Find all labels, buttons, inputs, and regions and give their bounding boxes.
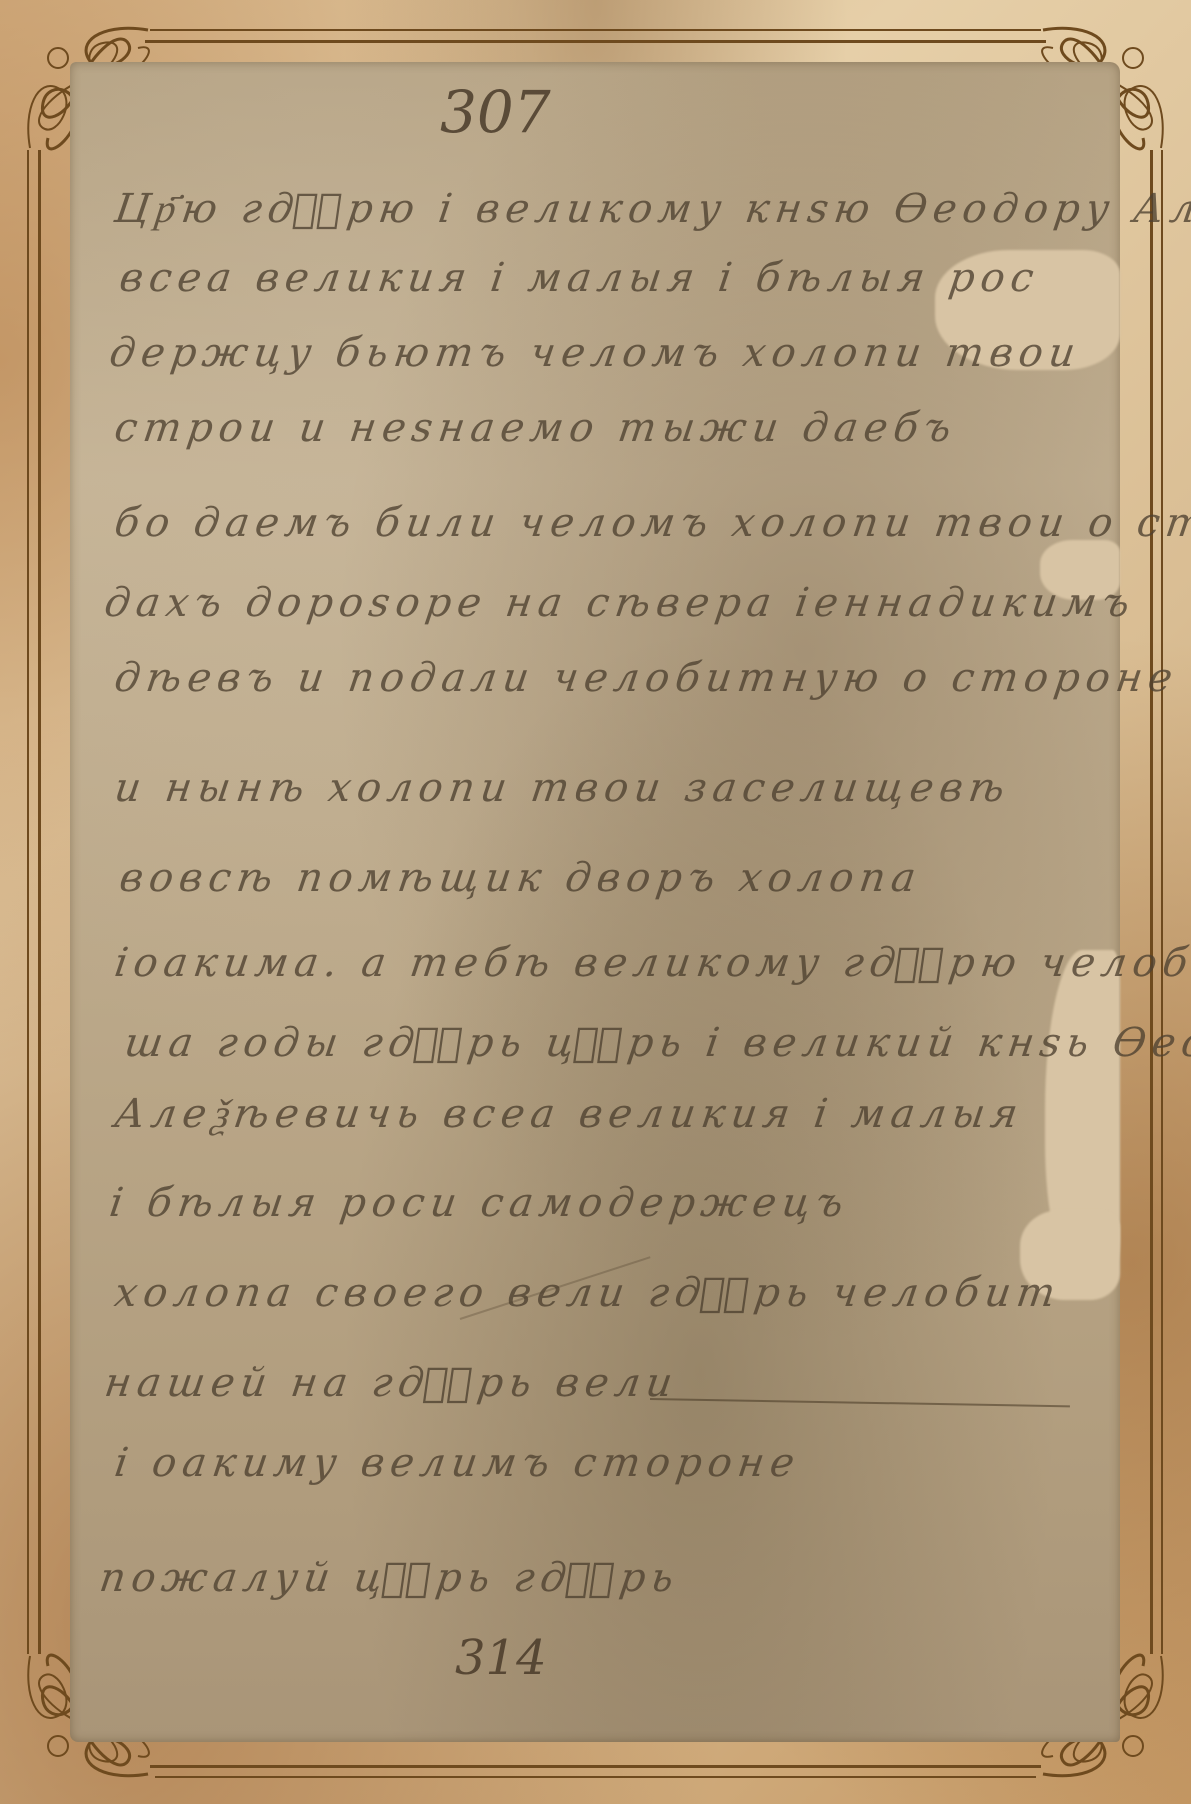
manuscript-line: и нынѣ холопи твои заселищевѣ — [112, 765, 1014, 811]
manuscript-line: всеа великия і малыя і бѣлыя рос — [117, 255, 1043, 301]
border-rule-bottom-inner — [155, 1776, 1036, 1778]
manuscript-line: нашей на гдⷭ҇рь вели — [102, 1360, 681, 1406]
border-rule-right-inner — [1150, 150, 1153, 1654]
border-rule-left-outer — [27, 150, 29, 1654]
manuscript-line: і оакиму велимъ стороне — [112, 1440, 803, 1486]
manuscript-line: холопа своего вели гдⷭ҇рь челобит — [112, 1270, 1064, 1316]
border-rule-top-outer — [150, 29, 1041, 31]
manuscript-line: іоакима. а тебѣ великому гдⷭ҇рю челобить… — [112, 940, 1191, 986]
manuscript-line: вовсѣ помѣщик дворъ холопа — [117, 855, 925, 901]
border-rule-bottom-outer — [150, 1765, 1041, 1768]
manuscript-line: пожалуй цⷭ҇рь гдⷭ҇рь — [97, 1555, 683, 1601]
manuscript-line: дахъ дороѕоре на сѣвера іеннадикимъ — [102, 580, 1139, 626]
border-rule-top-inner — [145, 40, 1046, 43]
manuscript-line: строи и неѕнаемо тыжи даебъ — [112, 405, 960, 451]
manuscript-line: і бѣлыя роси самодержецъ — [107, 1180, 852, 1226]
border-rule-right-outer — [1161, 150, 1163, 1654]
manuscript-line: ша годы гдⷭ҇рь цⷭ҇рь і великий кнѕь Ѳеод — [122, 1020, 1191, 1066]
bottom-number: 314 — [455, 1630, 547, 1686]
manuscript-line: Алеѯѣевичь всеа великия і малыя — [112, 1090, 1027, 1137]
manuscript-line: бо даемъ били челомъ холопи твои о сторо… — [112, 500, 1191, 546]
folio-number: 307 — [440, 78, 551, 146]
border-rule-left-inner — [38, 150, 41, 1654]
manuscript-line: Цр҃ю гдⷭ҇рю і великому кнѕю Ѳеодору Алеѯ… — [112, 185, 1191, 232]
manuscript-line: дѣевъ и подали челобитную о стороне прие… — [112, 655, 1191, 701]
manuscript-line: держцу бьютъ челомъ холопи твои — [107, 330, 1084, 376]
